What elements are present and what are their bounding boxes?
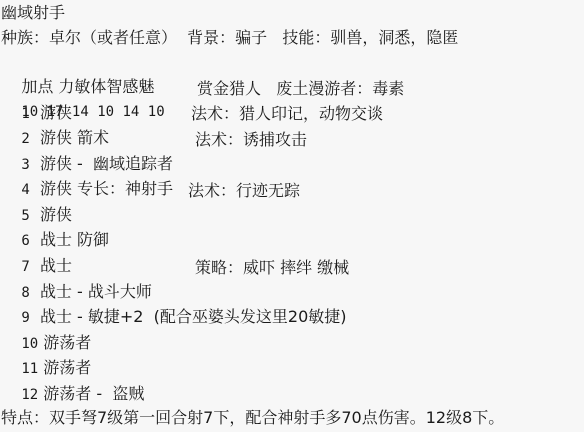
level-row: 6 战士 防御 — [1, 204, 109, 228]
level-row: 11 游荡者 — [1, 332, 91, 356]
level-row: 10 游荡者 — [1, 307, 91, 331]
level-row: 4 游侠 专长：神射手 — [1, 153, 173, 177]
level-row: 1 游侠 赏金猎人 废土漫游者：毒素 — [1, 77, 72, 101]
level-row: 12 游荡者 - 盗贼 — [1, 358, 144, 382]
feature-note: 特点：双手弩7级第一回合射7下，配合神射手多70点伤害。12级8下。 — [1, 406, 504, 430]
level-row: 9 战士 - 敏捷+2 (配合巫婆头发这里20敏捷) — [1, 281, 347, 305]
document: 幽域射手 种族：卓尔（或者任意） 背景：骗子 技能：驯兽，洞悉，隐匿 加点 力敏… — [0, 0, 584, 432]
document-title: 幽域射手 — [1, 1, 65, 25]
level-row: 5 游侠 法术：行迹无踪 — [1, 179, 72, 203]
level-row: 2 游侠 箭术 法术：猎人印记，动物交谈 — [1, 102, 109, 126]
level-row: 8 战士 - 战斗大师 策略：威吓 摔绊 缴械 — [1, 256, 152, 280]
ability-scores: 加点 力敏体智感魅 10 17 14 10 14 10 — [1, 51, 165, 75]
level-row: 7 战士 — [1, 230, 72, 254]
level-row: 3 游侠 - 幽域追踪者 法术：诱捕攻击 — [1, 128, 173, 152]
race-background-skills: 种族：卓尔（或者任意） 背景：骗子 技能：驯兽，洞悉，隐匿 — [1, 26, 458, 50]
